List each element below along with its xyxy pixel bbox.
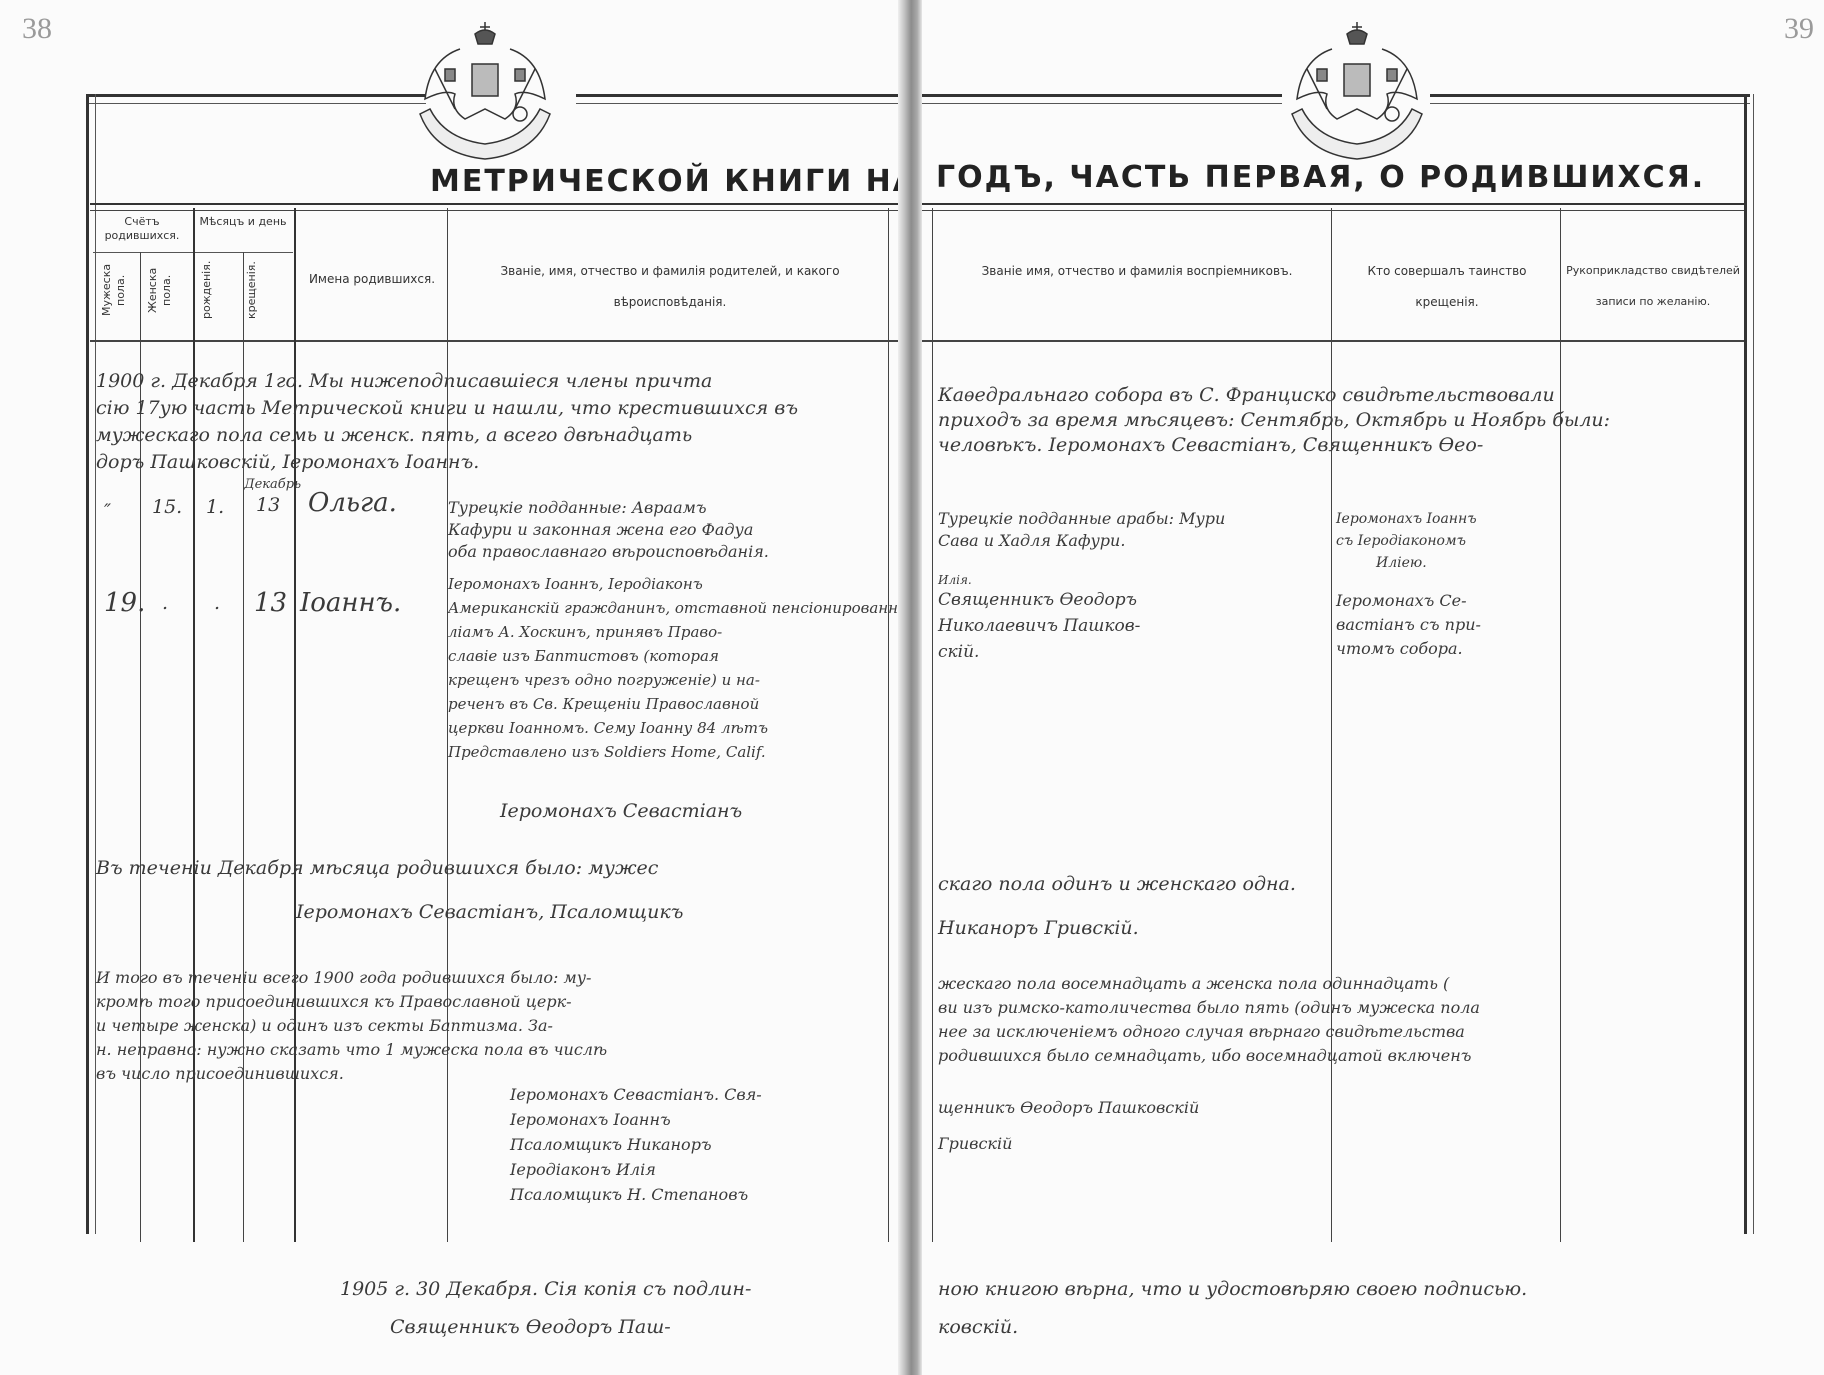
header-officiant: Кто совершалъ таинство крещенія. [1342, 256, 1552, 318]
parents-line: Кафури и законная жена его Фадуа [448, 519, 769, 541]
certification-line: ковскій. [938, 1308, 1527, 1346]
certification-line: Священникъ Ѳеодоръ Паш- [340, 1308, 751, 1346]
signature-line: Іеродіаконъ Илія [510, 1157, 762, 1182]
summary-line: н. неправно: нужно сказать что 1 мужеска… [96, 1038, 607, 1062]
entry-1-parents: Турецкіе подданные: Авраамъ Кафури и зак… [448, 497, 769, 563]
header-count-female: Женска пола. [146, 258, 174, 322]
officiant-line: Іеромонахъ Се- [1336, 589, 1481, 613]
entry-1-birth-day: 1. [206, 496, 224, 518]
entry-2-birth-day: . [214, 592, 220, 614]
summary-line: и четыре женска) и одинъ изъ секты Бапти… [96, 1014, 607, 1038]
signature-line: Псаломщикъ Никаноръ [510, 1132, 762, 1157]
page-number-left: 38 [22, 12, 52, 46]
header-rule-left [90, 203, 898, 211]
certification-right: ною книгою вѣрна, что и удостовѣряю свое… [938, 1270, 1527, 1346]
book-title-right: ГОДЪ, ЧАСТЬ ПЕРВАЯ, О РОДИВШИХСЯ. [936, 160, 1705, 195]
summary-line: И того въ теченіи всего 1900 года родивш… [96, 966, 607, 990]
header-bottom-rule-left [90, 340, 898, 342]
entry-1-month: Декабрь [244, 477, 301, 492]
entry-2-male-no: 19. [104, 588, 145, 618]
summary-line: кромѣ того присоединившихся къ Православ… [96, 990, 607, 1014]
summary-line: жескаго пола восемнадцать а женска пола … [938, 972, 1480, 996]
title-text-left: МЕТРИЧЕСКОЙ КНИГИ НА [430, 164, 918, 199]
parents-line: оба православнаго вѣроисповѣданія. [448, 541, 769, 563]
december-summary-right: скаго пола одинъ и женскаго одна. Никано… [938, 862, 1296, 950]
summary-line: Никаноръ Гривскій. [938, 906, 1296, 950]
header-bottom-rule-right [922, 340, 1744, 342]
preamble-line: 1900 г. Декабря 1го. Мы нижеподписавшіес… [96, 368, 798, 395]
col-line [193, 208, 195, 1242]
certification-left: 1905 г. 30 Декабря. Сія копія съ подлин-… [340, 1270, 751, 1346]
frame-top-left [86, 94, 426, 104]
preamble-line: приходъ за время мѣсяцевъ: Сентябрь, Окт… [938, 408, 1610, 433]
year-summary-right: жескаго пола восемнадцать а женска пола … [938, 972, 1480, 1068]
header-date-baptism: крещенія. [245, 258, 259, 322]
header-count-group: Счётъ родившихся. [94, 215, 190, 243]
godparents-line: Турецкіе подданные арабы: Мури [938, 508, 1225, 530]
header-date-group: Мѣсяцъ и день [195, 215, 291, 229]
godparents-line: Николаевичъ Пашков- [938, 613, 1140, 639]
header-godparents: Званіе имя, отчество и фамилія воспріемн… [952, 256, 1322, 287]
col-line [932, 208, 933, 1242]
signature-line: Іеромонахъ Іоаннъ [510, 1107, 762, 1132]
entry-2-godparents: Илія. Священникъ Ѳеодоръ Николаевичъ Паш… [938, 573, 1140, 665]
entry-1-baptism-day: 13 [256, 494, 280, 516]
summary-line: Въ теченіи Декабря мѣсяца родившихся был… [96, 846, 683, 890]
preamble-line: Каѳедральнаго собора въ С. Франциско сви… [938, 383, 1610, 408]
godparents-line: Священникъ Ѳеодоръ [938, 587, 1140, 613]
parents-line: Турецкіе подданные: Авраамъ [448, 497, 769, 519]
header-rule-right [922, 203, 1744, 211]
entry-1-female-no: 15. [152, 496, 182, 518]
right-page: 39 ГОДЪ, ЧАСТЬ ПЕРВАЯ, О РОДИВШИХСЯ. Зва… [922, 0, 1824, 1375]
officiant-line: Іеромонахъ Іоаннъ [1336, 508, 1477, 530]
frame-side-left [86, 94, 96, 1234]
clergy-signatures-left: Іеромонахъ Севастіанъ. Свя- Іеромонахъ І… [510, 1082, 762, 1207]
officiant-line: съ Іеродіакономъ [1336, 530, 1477, 552]
imperial-eagle-crest-icon [400, 14, 570, 164]
signature-line: Псаломщикъ Н. Степановъ [510, 1182, 762, 1207]
entry-2-name: Іоаннъ. [300, 588, 401, 618]
summary-line: родившихся было семнадцать, ибо восемнад… [938, 1044, 1480, 1068]
header-count-male: Мужеска пола. [100, 258, 128, 322]
entry-2-officiant: Іеромонахъ Се- вастіанъ съ при- чтомъ со… [1336, 589, 1481, 661]
year-summary-left: И того въ теченіи всего 1900 года родивш… [96, 966, 607, 1086]
clergy-signatures-right: щенникъ Ѳеодоръ Пашковскій Гривскій [938, 1090, 1199, 1162]
signature-line: щенникъ Ѳеодоръ Пашковскій [938, 1090, 1199, 1126]
frame-top-right [922, 94, 1282, 104]
entry-1-male-no: ″ [104, 500, 111, 522]
col-line [294, 208, 296, 1242]
certification-line: ною книгою вѣрна, что и удостовѣряю свое… [938, 1270, 1527, 1308]
december-summary-left: Въ теченіи Декабря мѣсяца родившихся был… [96, 846, 683, 934]
imperial-eagle-crest-icon [1272, 14, 1442, 164]
summary-line: скаго пола одинъ и женскаго одна. [938, 862, 1296, 906]
signature-line: Гривскій [938, 1126, 1199, 1162]
entry-1-name: Ольга. [308, 488, 397, 518]
preamble-line: мужескаго пола семь и женск. пять, а все… [96, 422, 798, 449]
header-date-birth: рожденія. [200, 258, 214, 322]
preamble-line: сію 17ую часть Метрической книги и нашли… [96, 395, 798, 422]
officiant-line: Иліею. [1336, 552, 1477, 574]
godparents-line: скій. [938, 639, 1140, 665]
col-line [1560, 208, 1561, 1242]
preamble-line: доръ Пашковскій, Іеромонахъ Іоаннъ. [96, 449, 798, 476]
frame-side-right [1744, 94, 1754, 1234]
header-parents: Званіе, имя, отчество и фамилія родителе… [450, 256, 890, 318]
left-page: 38 МЕТРИЧЕСКОЙ КНИГИ НА 1900й Счётъ роди… [0, 0, 898, 1375]
signature-line: Іеромонахъ Севастіанъ. Свя- [510, 1082, 762, 1107]
header-names: Имена родившихся. [297, 272, 447, 287]
entry-2-parents-signature: Іеромонахъ Севастіанъ [500, 800, 742, 822]
entry-1-officiant: Іеромонахъ Іоаннъ съ Іеродіакономъ Иліею… [1336, 508, 1477, 574]
godparents-line: Сава и Хадля Кафури. [938, 530, 1225, 552]
preamble-right: Каѳедральнаго собора въ С. Франциско сви… [938, 383, 1610, 458]
summary-line: нее за исключеніемъ одного случая вѣрнаг… [938, 1020, 1480, 1044]
summary-line: Іеромонахъ Севастіанъ, Псаломщикъ [96, 890, 683, 934]
preamble-line: человѣкъ. Іеромонахъ Севастіанъ, Священн… [938, 433, 1610, 458]
officiant-line: чтомъ собора. [1336, 637, 1481, 661]
frame-top-right-2 [1430, 94, 1750, 104]
preamble-left: 1900 г. Декабря 1го. Мы нижеподписавшіес… [96, 368, 798, 476]
book-gutter [898, 0, 922, 1375]
col-line [1331, 208, 1332, 1242]
entry-1-godparents: Турецкіе подданные арабы: Мури Сава и Ха… [938, 508, 1225, 552]
page-number-right: 39 [1784, 12, 1814, 46]
summary-line: ви изъ римско-католичества было пять (од… [938, 996, 1480, 1020]
officiant-line: вастіанъ съ при- [1336, 613, 1481, 637]
frame-top-left-2 [576, 94, 898, 104]
header-signatures: Рукоприкладство свидѣтелей записи по жел… [1564, 256, 1742, 318]
entry-2-baptism-day: 13 [254, 588, 287, 618]
entry-2-female-no: . [162, 592, 168, 614]
certification-line: 1905 г. 30 Декабря. Сія копія съ подлин- [340, 1270, 751, 1308]
godparents-line: Илія. [938, 573, 1140, 587]
